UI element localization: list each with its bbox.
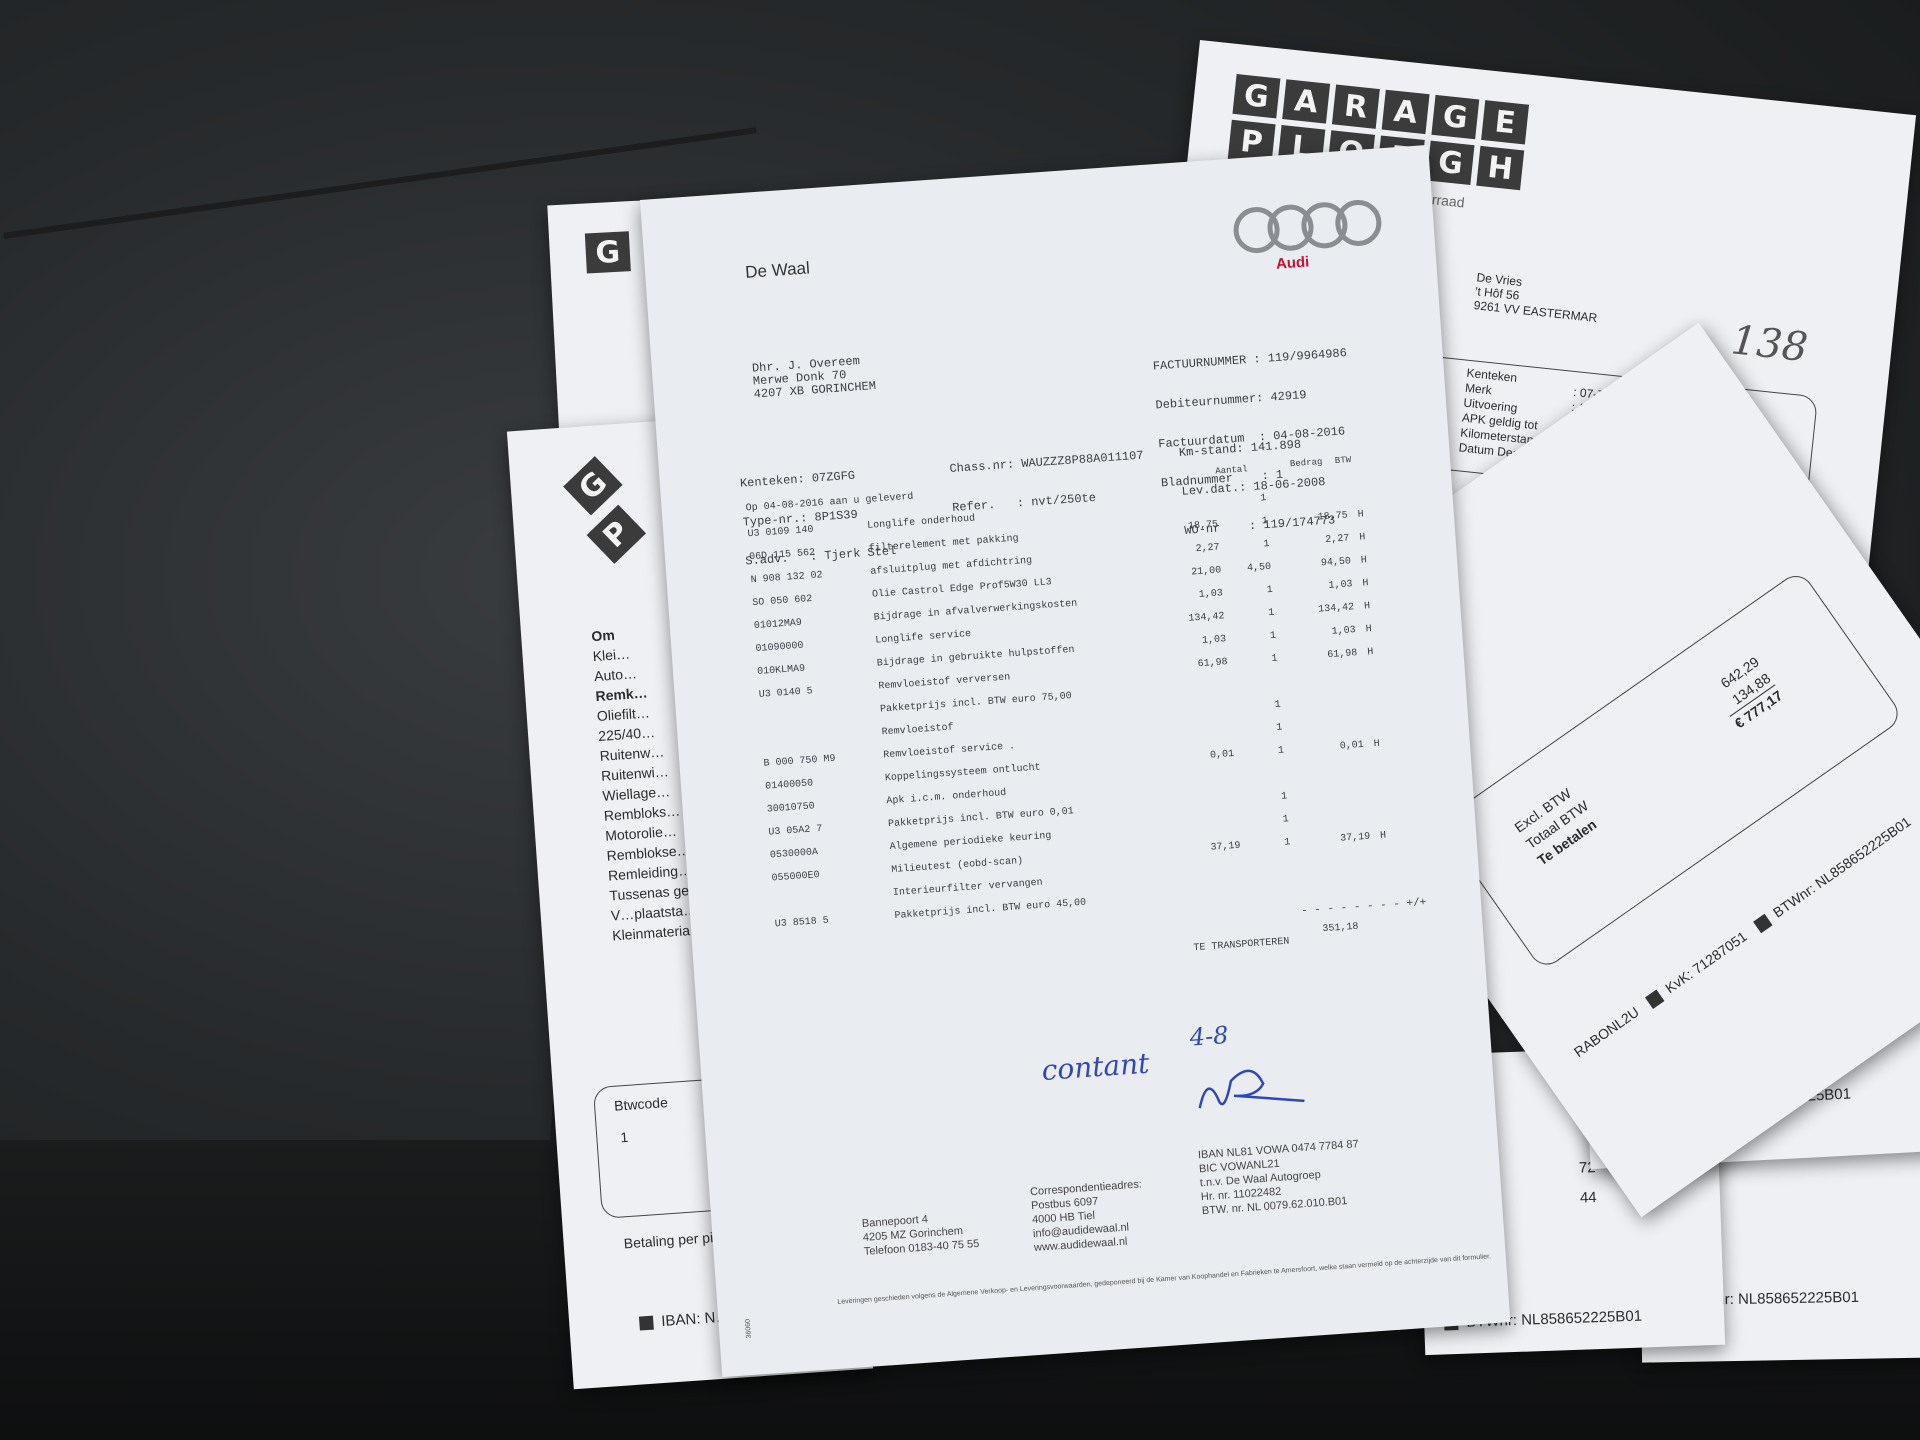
bank-details: IBAN NL81 VOWA 0474 7784 87 BIC VOWANL21… <box>1198 1137 1364 1218</box>
line-btw <box>1375 761 1395 762</box>
line-qty: 1 <box>1226 493 1267 507</box>
customer-address: De Vries 't Hôf 56 9261 VV EASTERMAR <box>1473 270 1601 325</box>
customer-address: Dhr. J. Overeem Merwe Donk 70 4207 XB GO… <box>752 354 877 401</box>
line-btw <box>1377 784 1397 785</box>
line-btw <box>1383 875 1403 876</box>
line-qty: 1 <box>1237 654 1278 668</box>
handwritten-number: 138 <box>1729 317 1810 371</box>
logo-letter: G <box>1232 74 1280 118</box>
line-btw: H <box>1359 531 1380 543</box>
kvk: KvK: 71287051 <box>1662 928 1750 996</box>
line-qty: 1 <box>1249 814 1290 828</box>
bic: RABONL2U <box>1571 1004 1642 1060</box>
line-btw: H <box>1362 577 1383 589</box>
logo-letter: P <box>587 505 646 564</box>
line-btw: H <box>1380 830 1401 842</box>
line-btw: H <box>1373 738 1394 750</box>
line-qty: 1 <box>1241 700 1282 714</box>
line-btw: H <box>1367 646 1388 658</box>
invoice-lines: U3 0109 140Longlife onderhoud106D 115 56… <box>747 485 1414 943</box>
logo-letter: H <box>1476 146 1524 190</box>
line-qty: 1 <box>1228 516 1269 530</box>
partial-total: 44 <box>1580 1189 1597 1207</box>
dealer-address: Bannepoort 4 4205 MZ Gorinchem Telefoon … <box>861 1209 979 1259</box>
carry-label: TE TRANSPORTEREN <box>1193 937 1290 955</box>
col-btw: BTW <box>1335 455 1352 466</box>
signature-icon <box>1192 1055 1316 1123</box>
handwritten-payment-note: contant <box>1041 1047 1151 1087</box>
line-btw <box>1381 852 1401 853</box>
correspondence-address: Correspondentieadres: Postbus 6097 4000 … <box>1030 1177 1147 1255</box>
bullet-square-icon <box>639 1316 654 1331</box>
line-btw <box>1370 692 1390 693</box>
line-qty: 1 <box>1250 837 1291 851</box>
line-qty: 1 <box>1232 585 1273 599</box>
line-btw <box>1378 807 1398 808</box>
terms: Leveringen geschieden volgens de Algemen… <box>837 1253 1491 1306</box>
line-btw <box>1372 715 1392 716</box>
audi-brand: Audi <box>1275 253 1309 272</box>
carry-sign: +/+ <box>1406 897 1427 910</box>
invoice-number: FACTUURNUMMER : 119/9964986 <box>1152 347 1347 374</box>
line-qty: 4,50 <box>1231 562 1272 576</box>
bullet-square-icon <box>1645 990 1664 1009</box>
line-btw: H <box>1365 623 1386 635</box>
line-btw: H <box>1364 600 1385 612</box>
line-btw <box>1356 485 1376 486</box>
logo-letter: G <box>585 231 631 273</box>
audi-invoice: De Waal Audi Dhr. J. Overeem Merwe Donk … <box>640 145 1510 1377</box>
logo-letter: G <box>1431 95 1479 139</box>
line-qty: 1 <box>1229 539 1270 553</box>
line-qty: 1 <box>1234 608 1275 622</box>
logo-letter: R <box>1332 84 1380 128</box>
line-qty: 1 <box>1247 791 1288 805</box>
btw: BTWnr: NL858652225B01 <box>1770 813 1914 920</box>
line-qty: 1 <box>1244 745 1285 759</box>
form-code: 36060 <box>745 1319 753 1339</box>
logo-letter: E <box>1481 100 1529 144</box>
license-plate: Kenteken: 07ZGFG <box>740 467 892 491</box>
carry-value: 351,18 <box>1322 922 1359 935</box>
bullet-square-icon <box>1753 914 1772 933</box>
logo-letter: G <box>563 456 622 515</box>
totals-box <box>1438 569 1904 972</box>
chassis-number: Chass.nr: WAUZZZ8P88A011107 <box>949 450 1144 477</box>
audi-rings-logo <box>1232 198 1383 254</box>
debtor-number: Debiteurnummer: 42919 <box>1155 386 1350 413</box>
line-qty: 1 <box>1236 631 1277 645</box>
handwritten-date: 4-8 <box>1189 1021 1230 1052</box>
odometer: Km-stand: 141.898 <box>1179 436 1331 460</box>
line-btw: H <box>1361 554 1382 566</box>
logo-letter: G <box>1427 141 1475 185</box>
line-qty: 1 <box>1242 722 1283 736</box>
dealer-name: De Waal <box>745 258 811 282</box>
line-btw: H <box>1357 508 1378 520</box>
logo-letter: A <box>1382 90 1430 134</box>
logo-letter: A <box>1282 79 1330 123</box>
btwcode-value: 1 <box>620 1129 629 1146</box>
line-btw <box>1369 669 1389 670</box>
